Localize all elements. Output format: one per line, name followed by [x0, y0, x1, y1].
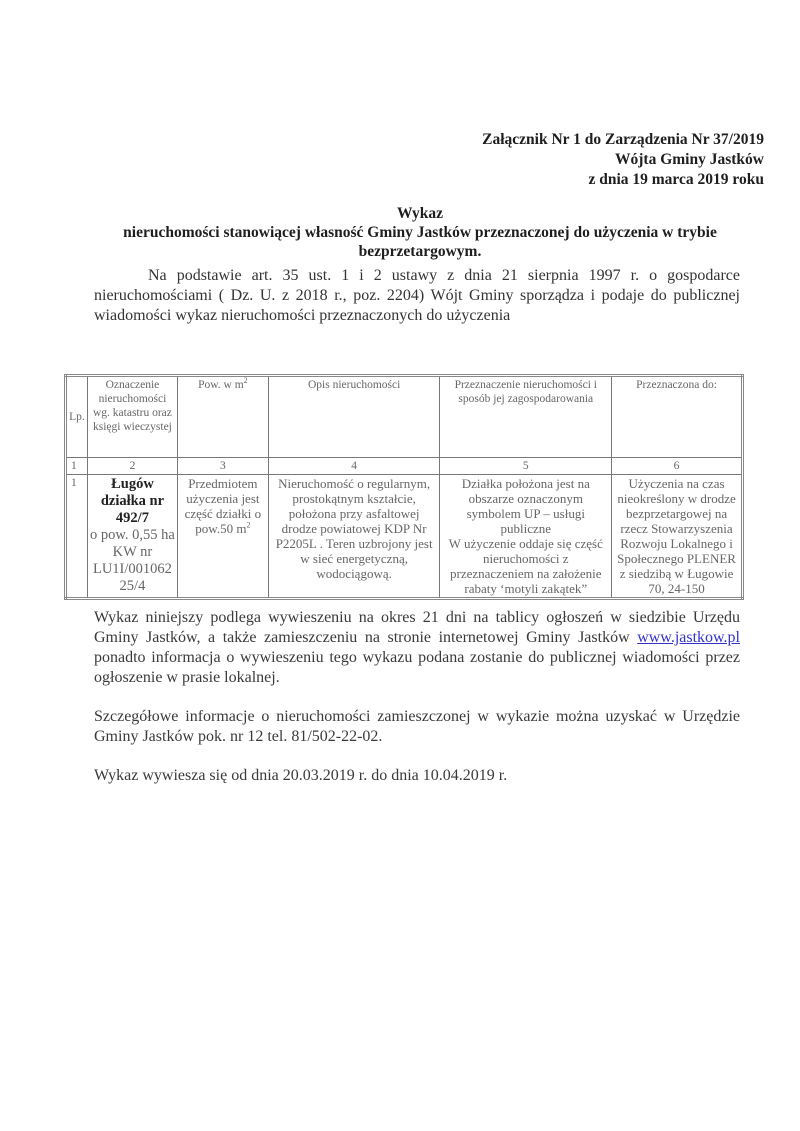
title-line-1: Wykaz	[90, 204, 750, 223]
attachment-line-3: z dnia 19 marca 2019 roku	[482, 170, 764, 190]
posting-paragraph: Wykaz niniejszy podlega wywieszeniu na o…	[94, 608, 740, 688]
header-description: Opis nieruchomości	[268, 376, 440, 458]
attachment-header: Załącznik Nr 1 do Zarządzenia Nr 37/2019…	[482, 130, 764, 190]
row-purpose-use: W użyczenie oddaje się część nieruchomoś…	[442, 536, 609, 596]
row-surface: Przedmiotem użyczenia jest część działki…	[177, 475, 268, 599]
row-designation: Ługów działka nr 492/7 o pow. 0,55 ha KW…	[87, 475, 177, 599]
property-table: Lp. Oznaczenie nieruchomości wg. katastr…	[64, 374, 744, 600]
header-area: Pow. w m2	[177, 376, 268, 458]
intro-paragraph: Na podstawie art. 35 ust. 1 i 2 ustawy z…	[94, 266, 740, 326]
row-kw-label: KW nr	[90, 544, 175, 561]
header-lp: Lp.	[66, 376, 88, 458]
attachment-line-2: Wójta Gminy Jastków	[482, 150, 764, 170]
row-purpose-zoning: Działka położona jest na obszarze oznacz…	[442, 476, 609, 536]
column-number: 6	[612, 458, 743, 475]
table-header-row: Lp. Oznaczenie nieruchomości wg. katastr…	[66, 376, 743, 458]
title-line-2: nieruchomości stanowiącej własność Gminy…	[90, 223, 750, 242]
row-area-ha: o pow. 0,55 ha	[90, 527, 175, 544]
column-number: 1	[66, 458, 88, 475]
row-kw-number: LU1I/00106225/4	[90, 561, 175, 595]
row-designated-for: Użyczenia na czas nieokreślony w drodze …	[612, 475, 743, 599]
header-area-text: Pow. w m	[198, 379, 244, 391]
website-link[interactable]: www.jastkow.pl	[637, 629, 740, 646]
row-location: Ługów	[111, 476, 154, 492]
intro-text: Na podstawie art. 35 ust. 1 i 2 ustawy z…	[94, 267, 740, 324]
contact-paragraph: Szczegółowe informacje o nieruchomości z…	[94, 707, 740, 747]
header-purpose: Przeznaczenie nieruchomości i sposób jej…	[440, 376, 612, 458]
header-designation: Oznaczenie nieruchomości wg. katastru or…	[87, 376, 177, 458]
row-purpose: Działka położona jest na obszarze oznacz…	[440, 475, 612, 599]
attachment-line-1: Załącznik Nr 1 do Zarządzenia Nr 37/2019	[482, 130, 764, 150]
posting-text-end: ponadto informacja o wywieszeniu tego wy…	[94, 649, 740, 686]
posting-period-paragraph: Wykaz wywiesza się od dnia 20.03.2019 r.…	[94, 766, 740, 786]
title-line-3: bezprzetargowym.	[90, 242, 750, 261]
column-number: 3	[177, 458, 268, 475]
header-area-sup: 2	[244, 376, 248, 385]
row-lp: 1	[66, 475, 88, 599]
column-number: 5	[440, 458, 612, 475]
table-row: 1 Ługów działka nr 492/7 o pow. 0,55 ha …	[66, 475, 743, 599]
row-parcel: działka nr 492/7	[101, 493, 164, 526]
column-number-row: 1 2 3 4 5 6	[66, 458, 743, 475]
document-title: Wykaz nieruchomości stanowiącej własność…	[90, 204, 750, 261]
header-designated-for: Przeznaczona do:	[612, 376, 743, 458]
row-surface-sup: 2	[246, 521, 250, 530]
row-description: Nieruchomość o regularnym, prostokątnym …	[268, 475, 440, 599]
column-number: 2	[87, 458, 177, 475]
column-number: 4	[268, 458, 440, 475]
